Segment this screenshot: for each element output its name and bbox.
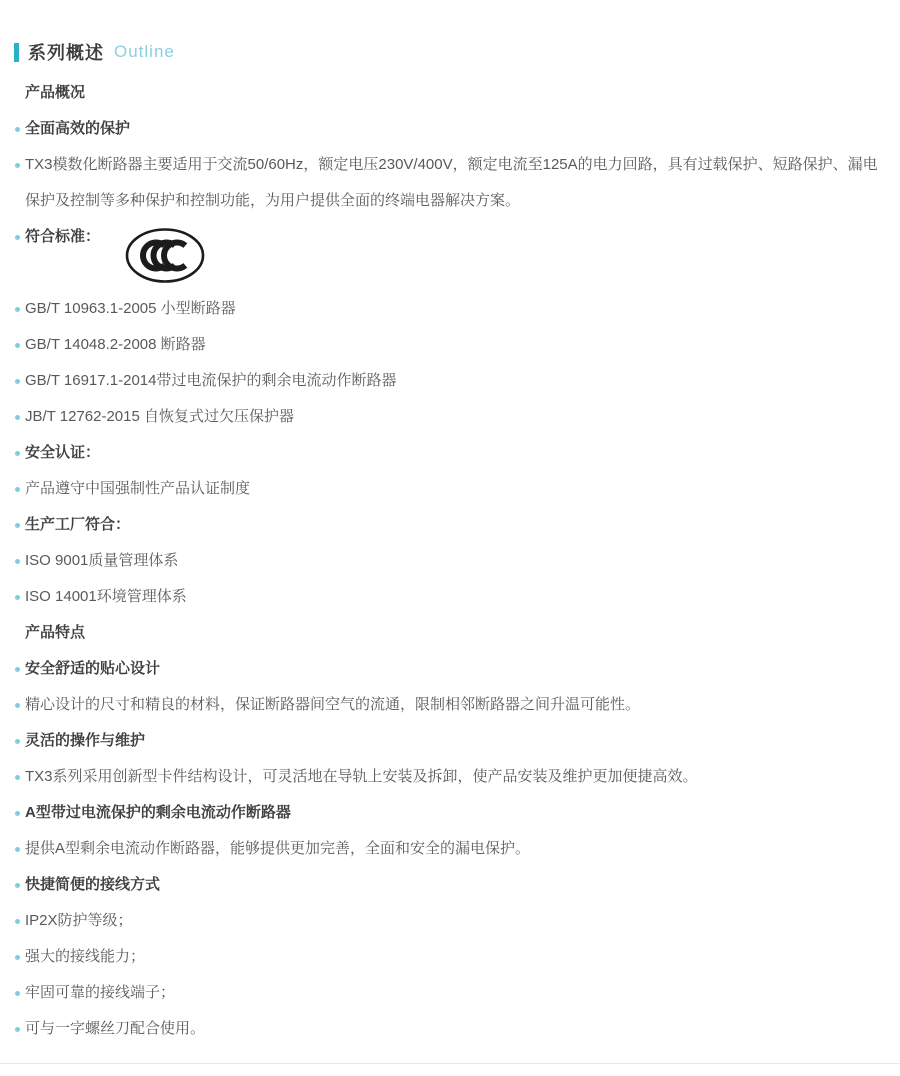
bullet-icon (15, 991, 20, 996)
ccc-certification-mark-icon (125, 228, 205, 283)
bullet-text: TX3系列采用创新型卡件结构设计，可灵活地在导轨上安装及拆卸，使产品安装及维护更… (25, 768, 698, 785)
bullet-item: GB/T 10963.1-2005 小型断路器 (0, 291, 900, 327)
bullet-item: 安全认证： (0, 435, 900, 471)
bullet-icon (15, 379, 20, 384)
subsection-heading-product-overview: 产品概况 (0, 75, 900, 111)
bullet-text: JB/T 12762-2015 自恢复式过欠压保护器 (25, 408, 294, 425)
bullet-text: 提供A型剩余电流动作断路器，能够提供更加完善，全面和安全的漏电保护。 (25, 840, 530, 857)
bullet-text: IP2X防护等级； (25, 912, 133, 929)
bullet-icon (15, 955, 20, 960)
bullet-icon (15, 667, 20, 672)
bullet-item: GB/T 14048.2-2008 断路器 (0, 327, 900, 363)
bullet-item: A型带过电流保护的剩余电流动作断路器 (0, 795, 900, 831)
bullet-text: ISO 14001环境管理体系 (25, 588, 187, 605)
bullet-icon (15, 919, 20, 924)
bullet-item: 灵活的操作与维护 (0, 723, 900, 759)
bullet-icon (15, 559, 20, 564)
bullet-item: 全面高效的保护 (0, 111, 900, 147)
bullet-item: ISO 14001环境管理体系 (0, 579, 900, 615)
bullet-item: 精心设计的尺寸和精良的材料，保证断路器间空气的流通，限制相邻断路器之间升温可能性… (0, 687, 900, 723)
bullet-item: 提供A型剩余电流动作断路器，能够提供更加完善，全面和安全的漏电保护。 (0, 831, 900, 867)
bullet-text: A型带过电流保护的剩余电流动作断路器 (25, 804, 291, 821)
bullet-item: GB/T 16917.1-2014带过电流保护的剩余电流动作断路器 (0, 363, 900, 399)
bullet-text: GB/T 10963.1-2005 小型断路器 (25, 300, 236, 317)
bullet-text: 保护及控制等多种保护和控制功能，为用户提供全面的终端电器解决方案。 (25, 192, 520, 209)
bullet-icon (15, 775, 20, 780)
bullet-icon (15, 703, 20, 708)
bullet-text: 可与一字螺丝刀配合使用。 (25, 1020, 205, 1037)
bullet-icon (15, 523, 20, 528)
bullet-text: 精心设计的尺寸和精良的材料，保证断路器间空气的流通，限制相邻断路器之间升温可能性… (25, 696, 640, 713)
bullet-text: 符合标准： (25, 228, 100, 245)
page-title-english: Outline (114, 42, 175, 62)
bullet-item: 产品遵守中国强制性产品认证制度 (0, 471, 900, 507)
bullet-icon (15, 883, 20, 888)
bullet-item-standards: 符合标准： (0, 219, 900, 291)
bullet-text: 生产工厂符合： (25, 516, 130, 533)
subsection-heading-product-features: 产品特点 (0, 615, 900, 651)
accent-bar (14, 43, 19, 62)
heading-text: 产品概况 (25, 84, 85, 101)
bullet-text: 快捷简便的接线方式 (25, 876, 160, 893)
section-header: 系列概述 Outline (14, 39, 175, 65)
bullet-icon (15, 739, 20, 744)
bullet-icon (15, 451, 20, 456)
paragraph-continuation-line: 保护及控制等多种保护和控制功能，为用户提供全面的终端电器解决方案。 (0, 183, 900, 219)
bullet-icon (15, 811, 20, 816)
bullet-item: TX3模数化断路器主要适用于交流50/60Hz，额定电压230V/400V，额定… (0, 147, 900, 183)
bullet-text: GB/T 16917.1-2014带过电流保护的剩余电流动作断路器 (25, 372, 397, 389)
bullet-text: ISO 9001质量管理体系 (25, 552, 178, 569)
bullet-icon (15, 1027, 20, 1032)
bullet-icon (15, 127, 20, 132)
bullet-icon (15, 343, 20, 348)
bullet-icon (15, 847, 20, 852)
bullet-item: TX3系列采用创新型卡件结构设计，可灵活地在导轨上安装及拆卸，使产品安装及维护更… (0, 759, 900, 795)
bullet-icon (15, 487, 20, 492)
document-body: 产品概况 全面高效的保护 TX3模数化断路器主要适用于交流50/60Hz，额定电… (0, 75, 900, 1047)
bullet-item: 安全舒适的贴心设计 (0, 651, 900, 687)
bullet-text: 安全舒适的贴心设计 (25, 660, 160, 677)
bullet-item: 可与一字螺丝刀配合使用。 (0, 1011, 900, 1047)
bullet-icon (15, 235, 20, 240)
bullet-text: 全面高效的保护 (25, 120, 130, 137)
bullet-item: JB/T 12762-2015 自恢复式过欠压保护器 (0, 399, 900, 435)
bottom-divider (0, 1063, 900, 1064)
bullet-item: 生产工厂符合： (0, 507, 900, 543)
bullet-icon (15, 307, 20, 312)
bullet-text: TX3模数化断路器主要适用于交流50/60Hz，额定电压230V/400V，额定… (25, 156, 878, 173)
bullet-text: 安全认证： (25, 444, 100, 461)
heading-text: 产品特点 (25, 624, 85, 641)
bullet-text: GB/T 14048.2-2008 断路器 (25, 336, 206, 353)
bullet-item: 强大的接线能力； (0, 939, 900, 975)
page-title: 系列概述 (28, 39, 104, 65)
bullet-text: 牢固可靠的接线端子； (25, 984, 175, 1001)
bullet-text: 产品遵守中国强制性产品认证制度 (25, 480, 250, 497)
bullet-item: 快捷简便的接线方式 (0, 867, 900, 903)
bullet-text: 灵活的操作与维护 (25, 732, 145, 749)
bullet-item: IP2X防护等级； (0, 903, 900, 939)
bullet-icon (15, 415, 20, 420)
bullet-item: 牢固可靠的接线端子； (0, 975, 900, 1011)
bullet-text: 强大的接线能力； (25, 948, 145, 965)
document-page: 系列概述 Outline 产品概况 全面高效的保护 TX3模数化断路器主要适用于… (0, 0, 900, 1076)
bullet-icon (15, 595, 20, 600)
bullet-icon (15, 163, 20, 168)
bullet-item: ISO 9001质量管理体系 (0, 543, 900, 579)
